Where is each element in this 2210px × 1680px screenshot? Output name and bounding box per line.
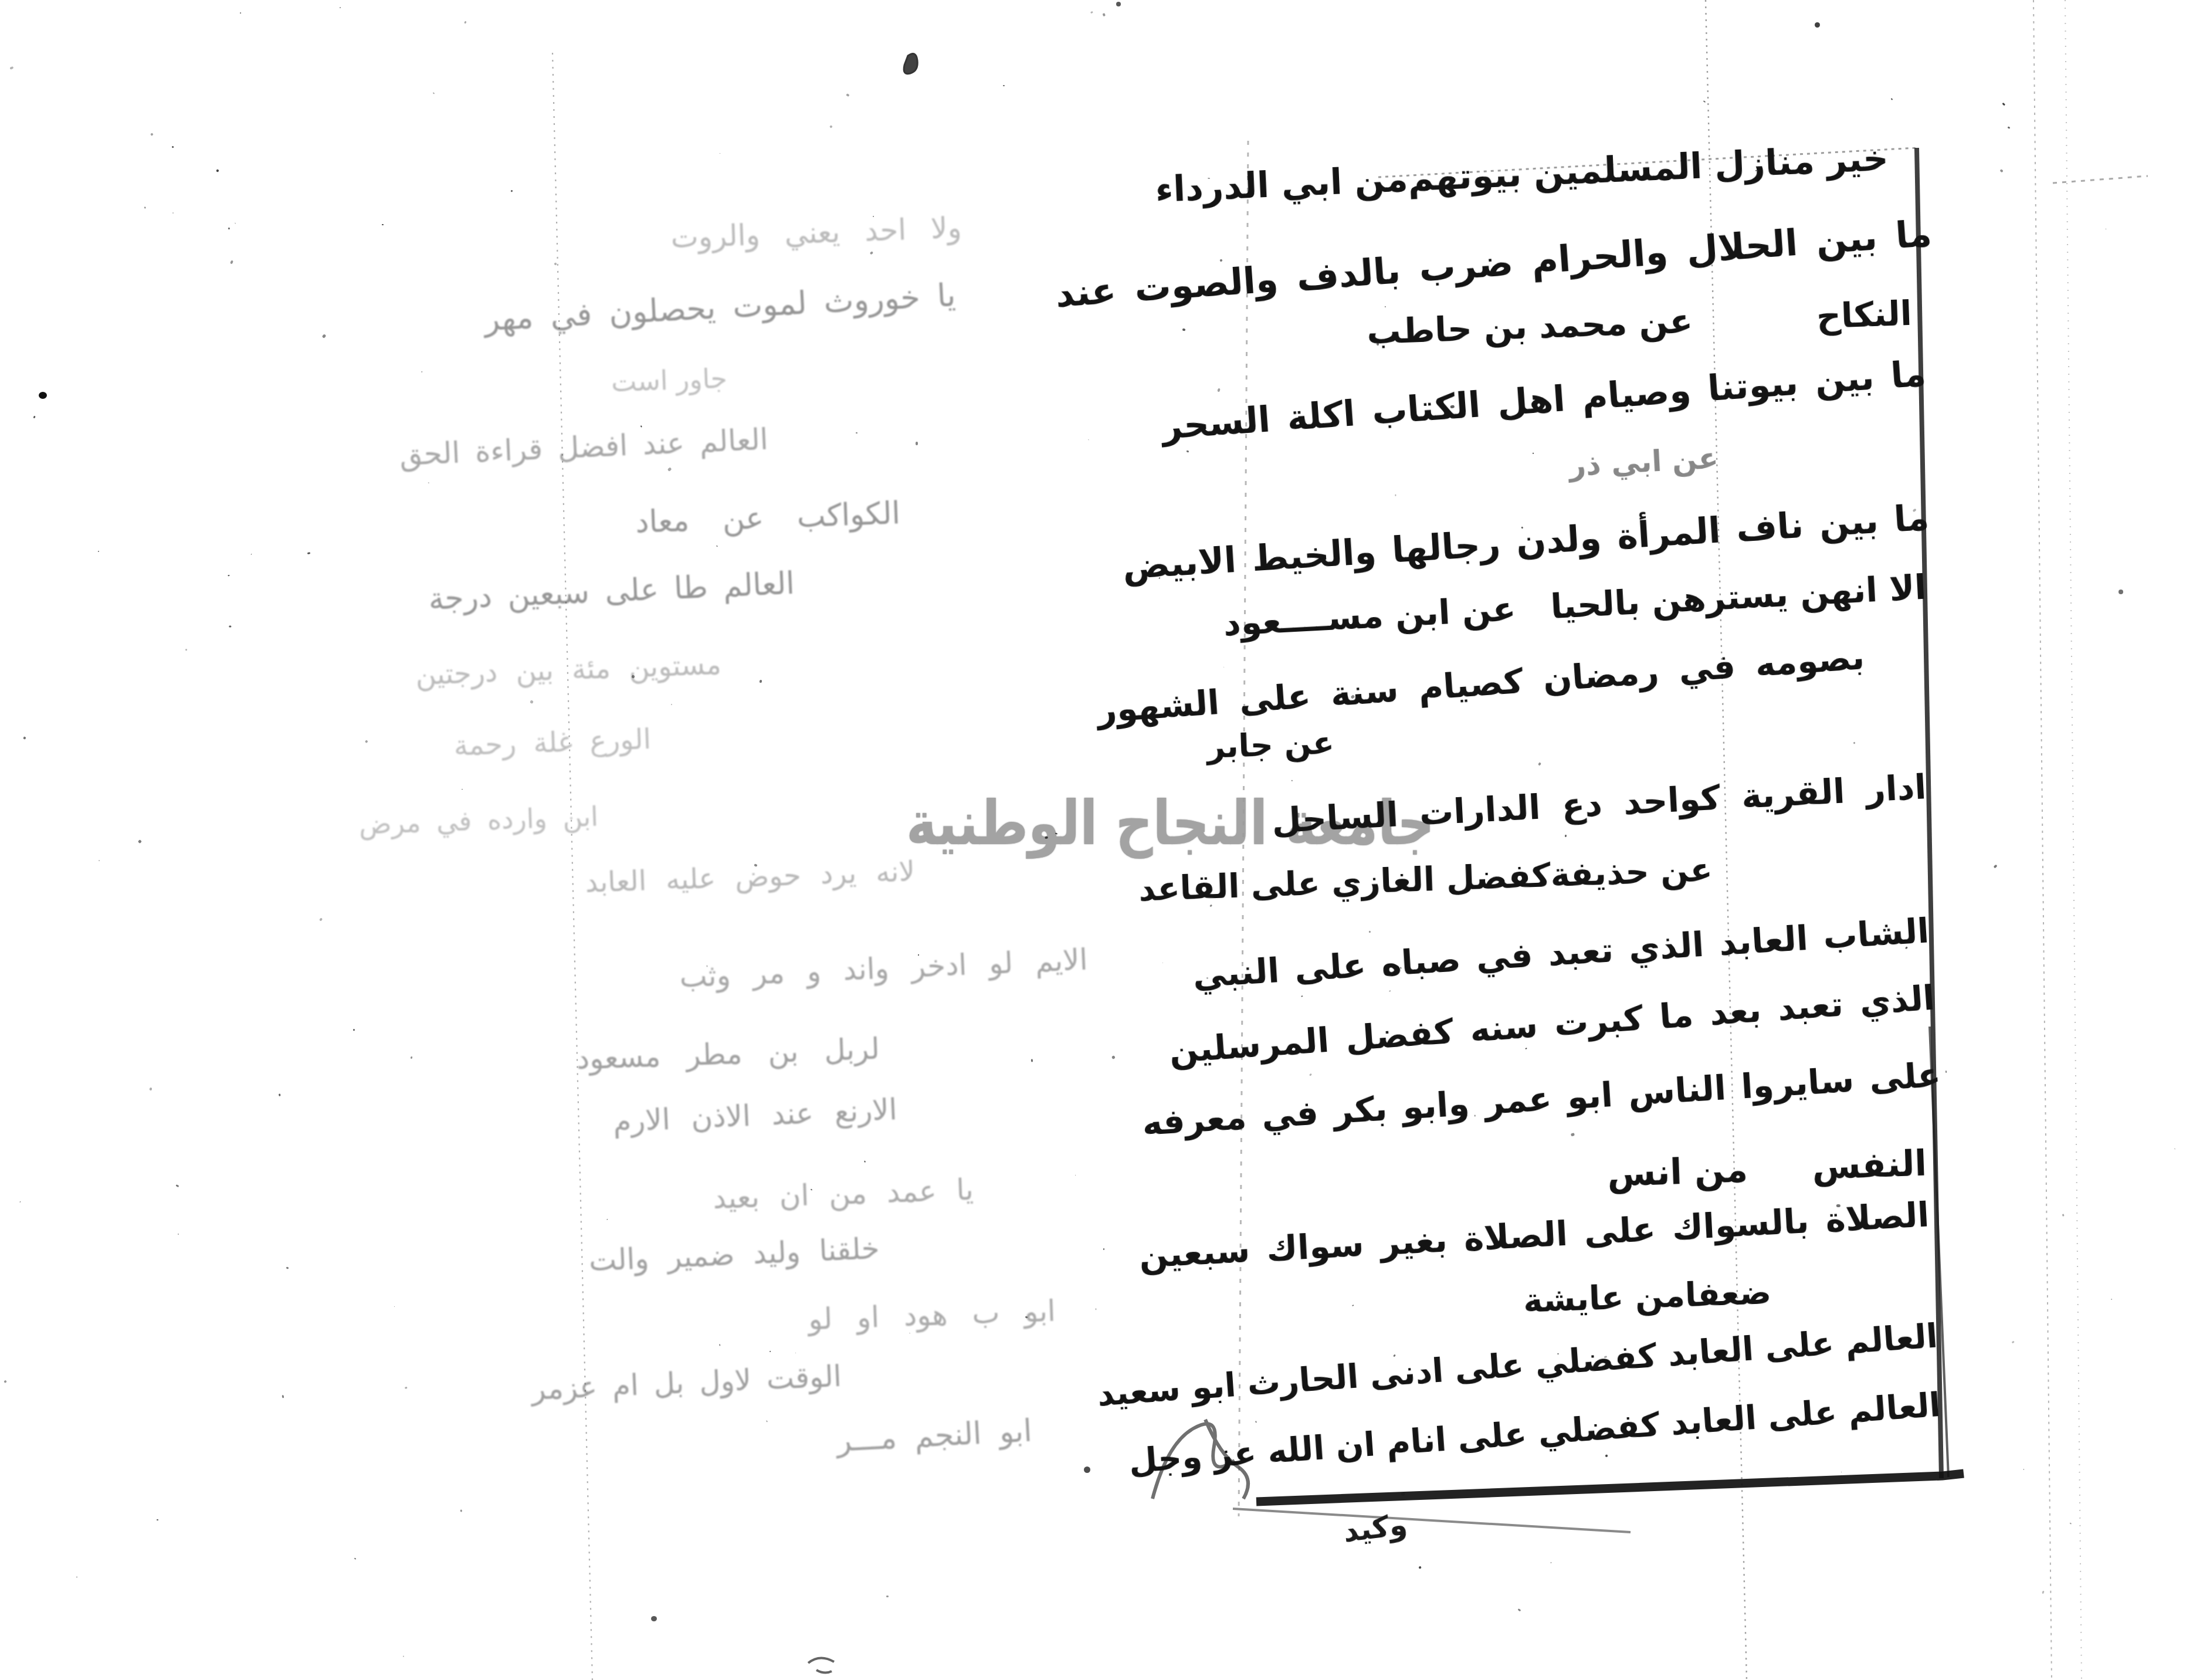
toner-speck	[144, 206, 145, 208]
toner-speck	[1557, 1353, 1559, 1354]
manuscript-line-right-9: عن جابر	[1211, 726, 1335, 764]
margin-dash-top-right	[2053, 176, 2148, 183]
line-text: جاور است	[611, 364, 728, 397]
toner-blot	[1815, 22, 1820, 28]
toner-speck	[1292, 780, 1293, 781]
toner-blot	[1116, 2, 1121, 6]
toner-blot	[39, 392, 47, 399]
toner-blot	[2119, 590, 2123, 594]
toner-speck	[1187, 451, 1189, 452]
scanned-page: جامعة النجاح الوطنية خير منازل المسلمين …	[0, 0, 2210, 1680]
toner-speck	[2062, 1214, 2064, 1216]
toner-speck	[185, 649, 188, 651]
line-text: النكاح	[1816, 296, 1913, 335]
scan-line-2	[2065, 0, 2082, 1680]
line-attribution: من انس	[1606, 1151, 1748, 1193]
toner-speck	[918, 954, 919, 956]
scan-line-1	[2033, 0, 2052, 1680]
line-text: عن ابي ذر	[1568, 443, 1719, 482]
toner-speck	[1045, 836, 1048, 838]
toner-speck	[382, 224, 384, 225]
line-text: ضعفا	[1684, 1276, 1772, 1313]
toner-speck	[1096, 1308, 1097, 1310]
box-border-right	[1917, 148, 1941, 1478]
toner-speck	[706, 965, 707, 967]
manuscript-line-right-5: عن ابي ذر	[1554, 443, 1719, 482]
toner-speck	[282, 1395, 284, 1398]
toner-speck	[1945, 1071, 1947, 1073]
line-text: عن جابر	[1206, 726, 1335, 764]
toner-speck	[916, 442, 918, 445]
manuscript-line-left-3: جاور است	[580, 364, 728, 398]
toner-speck	[1836, 1204, 1840, 1207]
line-text: عن حذيفة	[1550, 853, 1713, 893]
manuscript-line-right-17: ضعفامن عايشة	[1536, 1276, 1772, 1319]
toner-speck	[1003, 85, 1005, 86]
ink-mark-top	[904, 53, 917, 73]
toner-speck	[229, 626, 231, 628]
toner-speck	[279, 1093, 280, 1096]
toner-speck	[1031, 1059, 1033, 1062]
toner-speck	[856, 432, 857, 433]
toner-blot	[651, 1616, 657, 1621]
box-border-bottom-thick	[1256, 1474, 1964, 1502]
toner-blot	[1084, 1466, 1090, 1473]
toner-speck	[1301, 995, 1303, 997]
line-text: الورع غلة رحمة	[453, 724, 652, 761]
ink-mark-bottom	[808, 1658, 834, 1672]
toner-speck	[909, 1333, 910, 1334]
line-text: ابو ب هود او لو	[808, 1296, 1056, 1335]
toner-speck	[462, 789, 463, 790]
toner-speck	[1103, 1248, 1104, 1250]
line-text: النفس	[1811, 1146, 1927, 1187]
toner-speck	[1395, 494, 1396, 496]
toner-speck	[353, 1029, 355, 1031]
box-border-bottom-thin	[1233, 1509, 1631, 1532]
line-attribution: من عايشة	[1523, 1279, 1686, 1319]
